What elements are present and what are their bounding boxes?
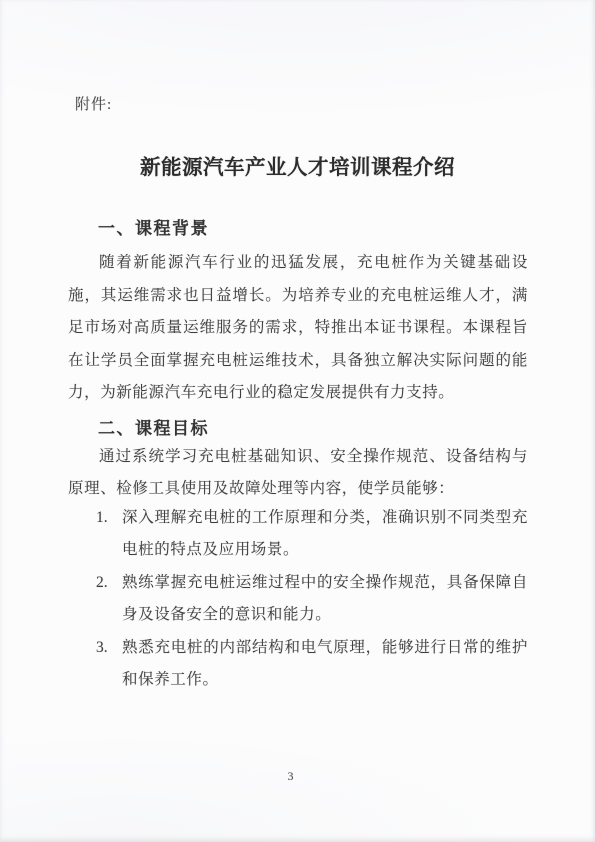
list-item: 1. 深入理解充电桩的工作原理和分类，准确识别不同类型充电桩的特点及应用场景。	[68, 502, 528, 567]
course-objectives-paragraph: 通过系统学习充电桩基础知识、安全操作规范、设备结构与原理、检修工具使用及故障处理…	[68, 441, 528, 506]
list-item-number: 3.	[96, 632, 122, 697]
document-page: 附件: 新能源汽车产业人才培训课程介绍 一、课程背景 随着新能源汽车行业的迅猛发…	[0, 0, 595, 842]
list-item-text: 熟练掌握充电桩运维过程中的安全操作规范，具备保障自身及设备安全的意识和能力。	[122, 567, 528, 632]
document-body: 一、课程背景 随着新能源汽车行业的迅猛发展，充电桩作为关键基础设施，其运维需求也…	[68, 217, 528, 697]
attachment-label: 附件:	[75, 93, 112, 114]
list-item: 2. 熟练掌握充电桩运维过程中的安全操作规范，具备保障自身及设备安全的意识和能力…	[68, 567, 528, 632]
list-item-text: 熟悉充电桩的内部结构和电气原理，能够进行日常的维护和保养工作。	[122, 632, 528, 697]
section-heading-course-background: 一、课程背景	[68, 217, 528, 241]
list-item-number: 1.	[96, 502, 122, 567]
objective-list: 1. 深入理解充电桩的工作原理和分类，准确识别不同类型充电桩的特点及应用场景。 …	[68, 502, 528, 697]
list-item-number: 2.	[96, 567, 122, 632]
list-item-text: 深入理解充电桩的工作原理和分类，准确识别不同类型充电桩的特点及应用场景。	[122, 502, 528, 567]
course-background-paragraph: 随着新能源汽车行业的迅猛发展，充电桩作为关键基础设施，其运维需求也日益增长。为培…	[68, 247, 528, 410]
list-item: 3. 熟悉充电桩的内部结构和电气原理，能够进行日常的维护和保养工作。	[68, 632, 528, 697]
section-heading-course-objectives: 二、课程目标	[68, 417, 528, 441]
page-number: 3	[0, 769, 581, 784]
page-title: 新能源汽车产业人才培训课程介绍	[0, 150, 595, 180]
